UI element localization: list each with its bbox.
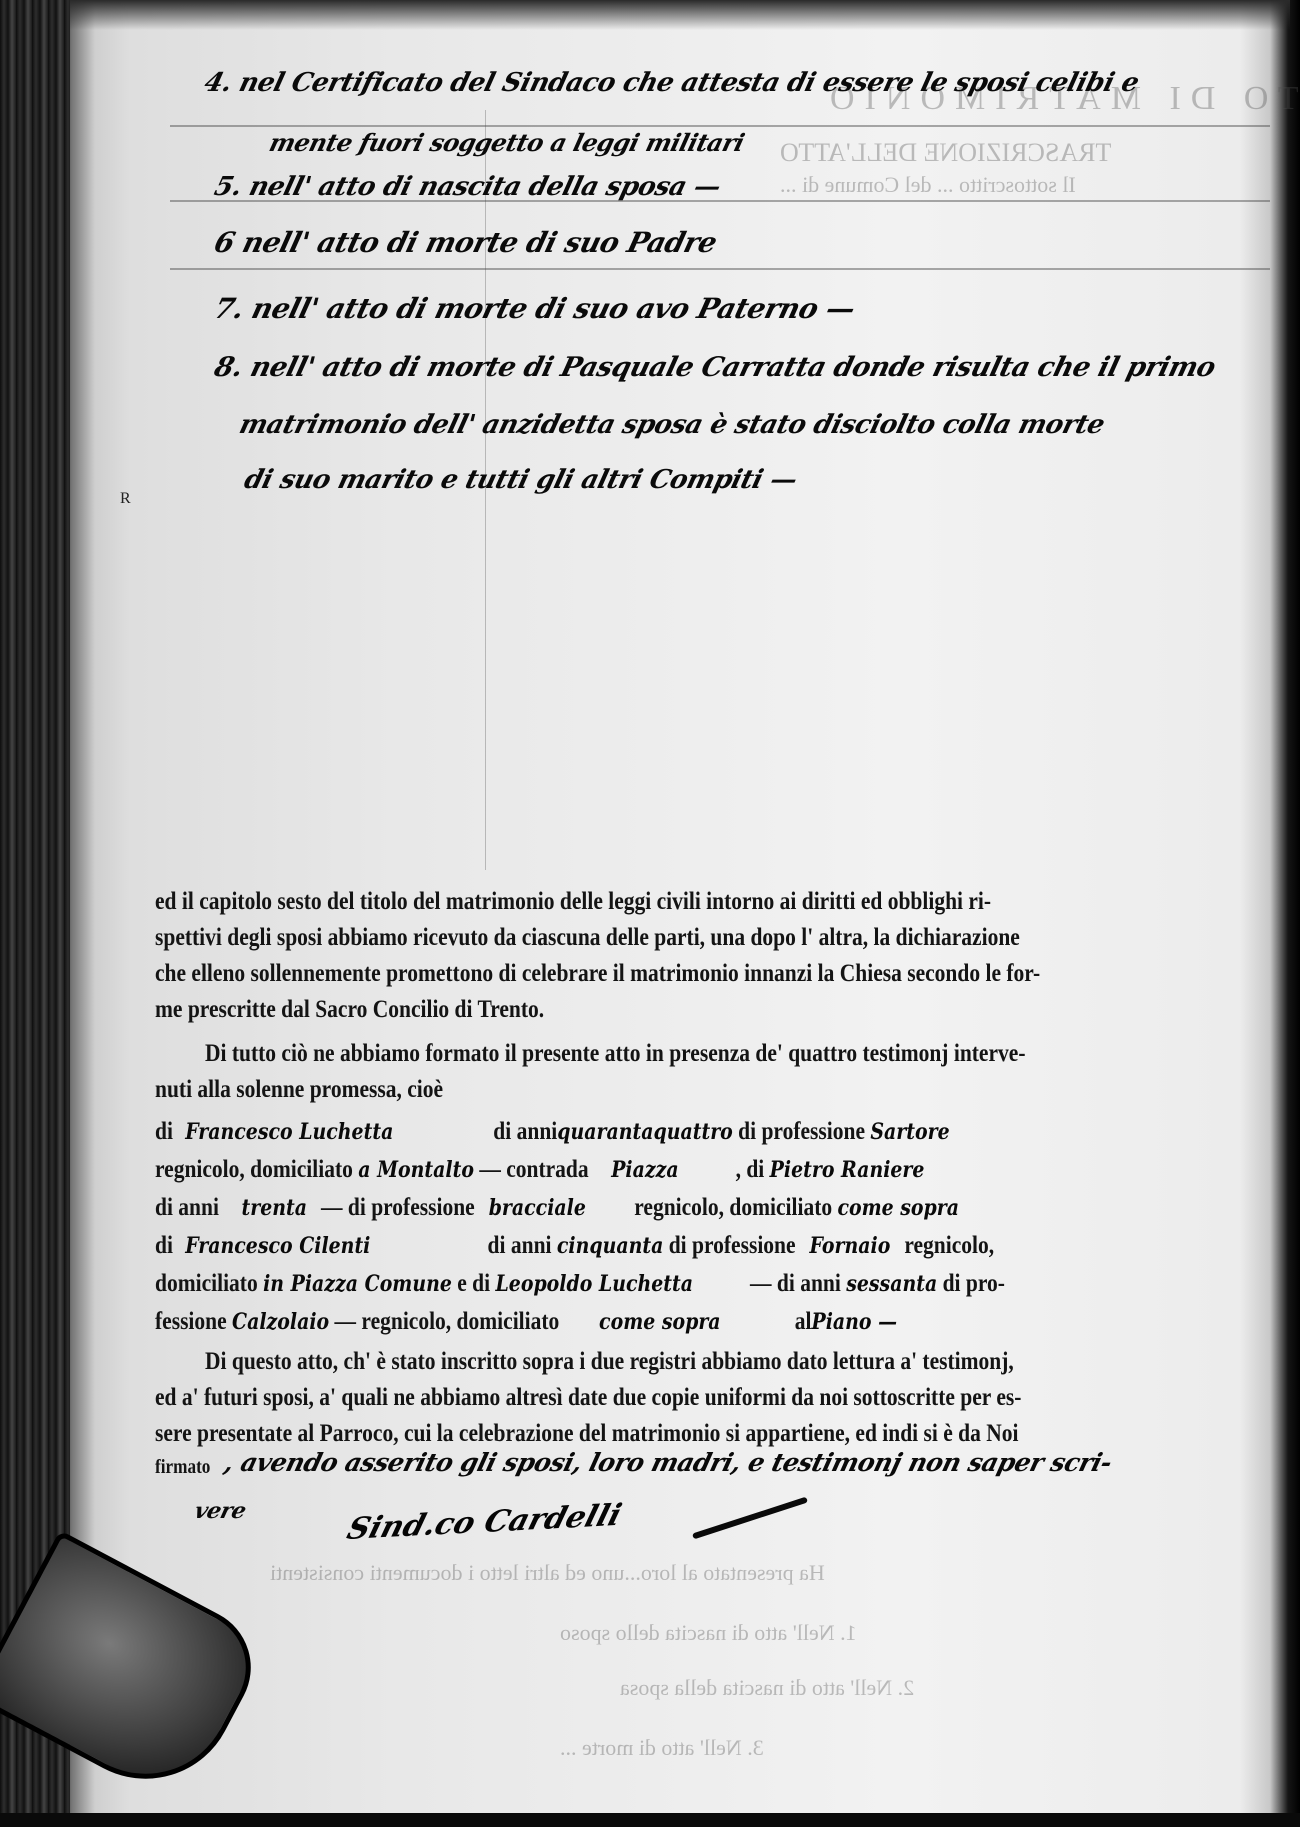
witness-profession: bracciale bbox=[489, 1195, 586, 1221]
bleed-header-line: Il sottoscritto ... del Comune di ... bbox=[780, 172, 1076, 198]
printed-line: Di questo atto, ch' è stato inscritto so… bbox=[205, 1348, 1014, 1376]
printed-line: ed il capitolo sesto del titolo del matr… bbox=[155, 888, 991, 916]
list-item: 4. nel Certificato del Sindaco che attes… bbox=[201, 68, 1142, 98]
printed-line: firmato bbox=[155, 1456, 210, 1479]
printed-line: nuti alla solenne promessa, cioè bbox=[155, 1076, 443, 1104]
margin-mark: R bbox=[120, 490, 131, 508]
bleed-bottom-item: 3. Nell' atto di morte ... bbox=[560, 1735, 764, 1761]
document-page: ATTO DI MATRIMONIO TRASCRIZIONE DELL'ATT… bbox=[0, 0, 1300, 1827]
witness-line-3: di anni trenta — di professione braccial… bbox=[155, 1194, 959, 1222]
witness-age: trenta bbox=[242, 1195, 308, 1221]
witness-name: Pietro Raniere bbox=[770, 1157, 925, 1183]
printed-line: spettivi degli sposi abbiamo ricevuto da… bbox=[155, 924, 1020, 952]
witness-name: Francesco Luchetta bbox=[185, 1119, 393, 1145]
printed-line: Di tutto ciò ne abbiamo formato il prese… bbox=[205, 1040, 1025, 1068]
list-item: matrimonio dell' anzidetta sposa è stato… bbox=[236, 410, 1107, 440]
top-shadow bbox=[60, 0, 1290, 30]
witness-street: Piazza bbox=[611, 1157, 678, 1183]
mayor-signature: Sind.co Cardelli bbox=[343, 1498, 625, 1547]
signature-flourish bbox=[692, 1497, 808, 1540]
witness-line-6: fessione Calzolaio — regnicolo, domicili… bbox=[155, 1308, 897, 1336]
closing-note: vere bbox=[192, 1498, 249, 1524]
list-item: 8. nell' atto di morte di Pasquale Carra… bbox=[211, 352, 1218, 383]
witness-location: Piano — bbox=[811, 1309, 897, 1335]
witness-line-5: domiciliato in Piazza Comune e di Leopol… bbox=[155, 1270, 1005, 1298]
witness-name: Leopoldo Luchetta bbox=[495, 1271, 693, 1297]
witness-age: cinquanta bbox=[557, 1233, 663, 1259]
printed-line: me prescritte dal Sacro Concilio di Tren… bbox=[155, 996, 544, 1024]
witness-profession: Fornaio bbox=[810, 1233, 891, 1259]
list-item: 5. nell' atto di nascita della sposa — bbox=[211, 172, 723, 202]
witness-age: quarantaquattro bbox=[557, 1119, 733, 1145]
list-item: 7. nell' atto di morte di suo avo Patern… bbox=[211, 292, 859, 325]
witness-residence: a Montalto bbox=[358, 1157, 474, 1183]
list-item: mente fuori soggetto a leggi militari bbox=[266, 128, 747, 157]
closing-note: , avendo asserito gli sposi, loro madri,… bbox=[221, 1448, 1114, 1477]
printed-line: sere presentate al Parroco, cui la celeb… bbox=[155, 1420, 1018, 1448]
witness-profession: Sartore bbox=[870, 1119, 949, 1145]
printed-line: che elleno sollennemente promettono di c… bbox=[155, 960, 1040, 988]
witness-residence: in Piazza Comune bbox=[263, 1271, 452, 1297]
bleed-bottom-item: 2. Nell' atto di nascita della sposa bbox=[620, 1675, 914, 1701]
list-item: 6 nell' atto di morte di suo Padre bbox=[211, 226, 720, 259]
witness-age: sessanta bbox=[846, 1271, 937, 1297]
form-rule bbox=[170, 268, 1270, 270]
witness-line-1: di Francesco Luchetta di anniquarantaqua… bbox=[155, 1118, 950, 1146]
witness-line-4: di Francesco Cilenti di anni cinquanta d… bbox=[155, 1232, 994, 1260]
witness-name: Francesco Cilenti bbox=[185, 1233, 370, 1259]
printed-line: ed a' futuri sposi, a' quali ne abbiamo … bbox=[155, 1384, 1021, 1412]
form-rule bbox=[170, 125, 1270, 127]
witness-line-2: regnicolo, domiciliato a Montalto — cont… bbox=[155, 1156, 924, 1184]
page-bottom-edge bbox=[0, 1813, 1300, 1827]
witness-residence: come sopra bbox=[599, 1309, 721, 1335]
bleed-header-subtitle: TRASCRIZIONE DELL'ATTO bbox=[780, 138, 1111, 168]
list-item: di suo marito e tutti gli altri Compiti … bbox=[241, 465, 800, 495]
witness-residence: come sopra bbox=[837, 1195, 959, 1221]
witness-profession: Calzolaio bbox=[232, 1309, 329, 1335]
bleed-bottom-line: Ha presentato al loro...uno ed altri let… bbox=[270, 1560, 825, 1586]
bleed-bottom-item: 1. Nell' atto di nascita dello sposo bbox=[560, 1620, 857, 1646]
